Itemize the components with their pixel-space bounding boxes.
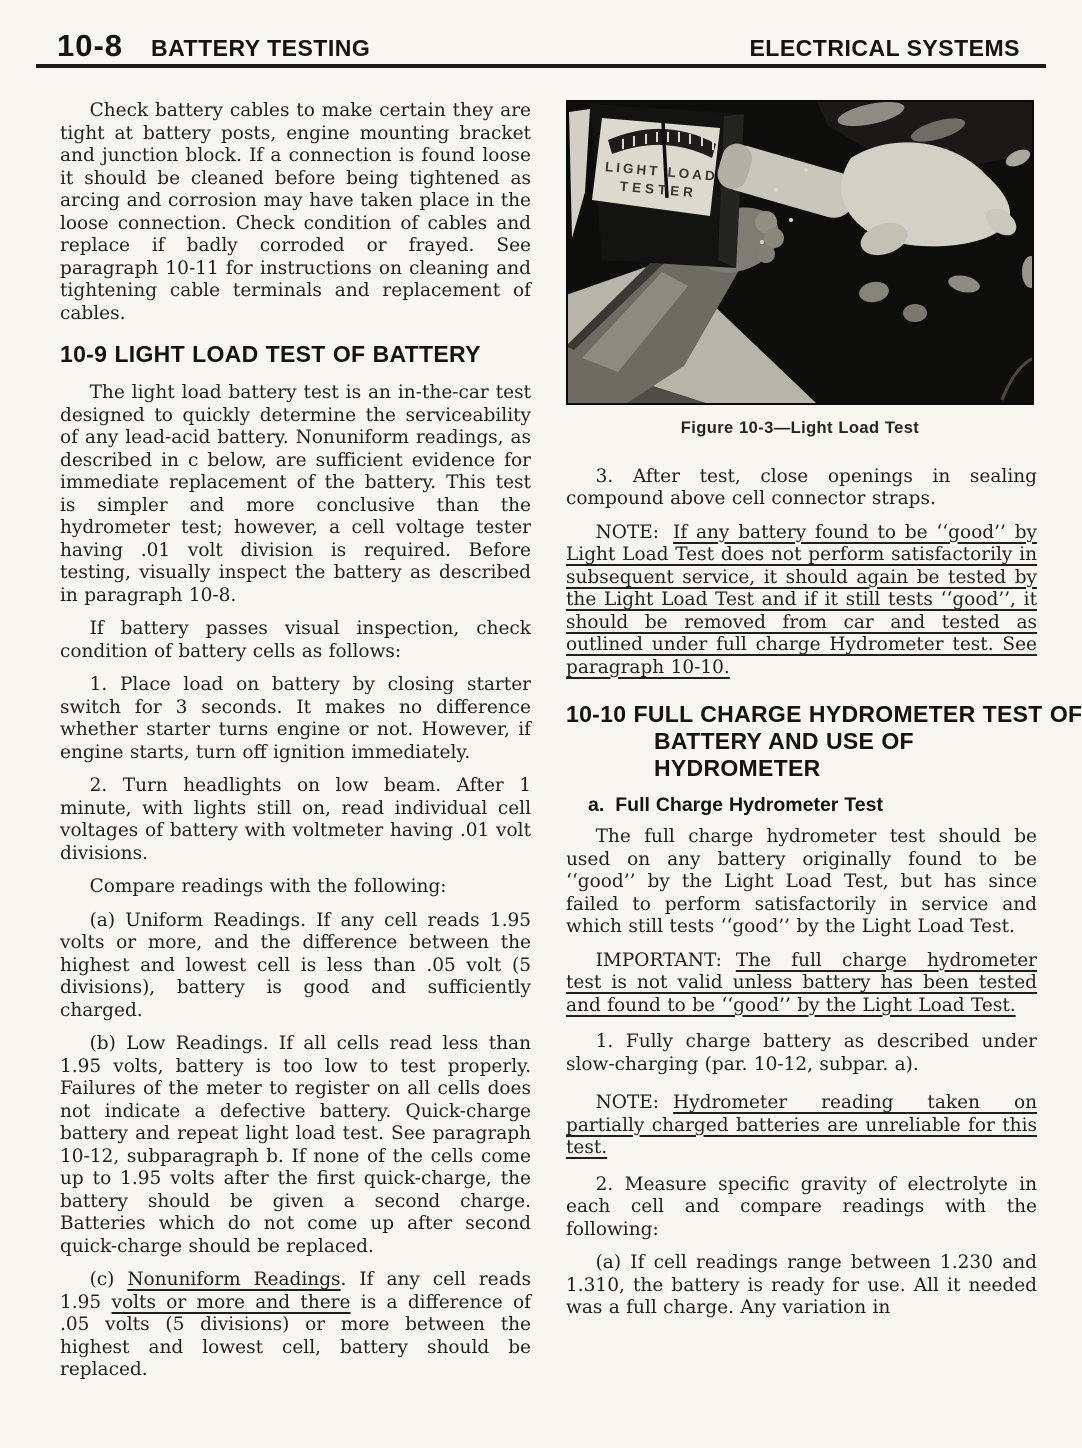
subsection-a-label: a. bbox=[588, 794, 604, 816]
page-number: 10-8 bbox=[57, 28, 123, 64]
note-body: If any battery found to be ‘‘good’’ by L… bbox=[566, 522, 1037, 678]
note-light-load-retest: NOTE:If any battery found to be ‘‘good’’… bbox=[566, 522, 1037, 680]
left-column: Check battery cables to make certain the… bbox=[60, 100, 531, 1393]
header-section-title: BATTERY TESTING bbox=[151, 35, 370, 62]
section-heading-10-9: 10-9 LIGHT LOAD TEST OF BATTERY bbox=[60, 341, 531, 368]
header-left-group: 10-8 BATTERY TESTING bbox=[57, 28, 370, 64]
subsection-a-title: Full Charge Hydrometer Test bbox=[615, 794, 883, 816]
paragraph-light-load-intro: The light load battery test is an in-the… bbox=[60, 382, 531, 607]
step-1-fully-charge: 1. Fully charge battery as described und… bbox=[566, 1031, 1037, 1076]
item-b-low-readings: (b) Low Readings. If all cells read less… bbox=[60, 1033, 531, 1258]
header-chapter-title: ELECTRICAL SYSTEMS bbox=[749, 35, 1020, 62]
figure-caption: Figure 10-3—Light Load Test bbox=[566, 417, 1034, 440]
section-10-10-title: FULL CHARGE HYDROMETER TEST OF BATTERY A… bbox=[634, 701, 1082, 781]
step-2-turn-headlights: 2. Turn headlights on low beam. After 1 … bbox=[60, 775, 531, 865]
header-rule bbox=[36, 64, 1046, 68]
step-2-measure-gravity: 2. Measure specific gravity of electroly… bbox=[566, 1174, 1037, 1242]
manual-page: 10-8 BATTERY TESTING ELECTRICAL SYSTEMS … bbox=[0, 0, 1082, 1448]
step-1-place-load: 1. Place load on battery by closing star… bbox=[60, 674, 531, 764]
note-2-label: NOTE: bbox=[596, 1092, 659, 1113]
item-c-prefix: (c) bbox=[90, 1269, 128, 1290]
subsection-a-heading: a.Full Charge Hydrometer Test bbox=[566, 794, 1037, 816]
item-a-uniform-readings: (a) Uniform Readings. If any cell reads … bbox=[60, 910, 531, 1023]
figure-10-3: LIGHT LOAD TESTER bbox=[566, 100, 1034, 440]
paragraph-compare-readings: Compare readings with the following: bbox=[60, 876, 531, 899]
step-3-after-test: 3. After test, close openings in sealing… bbox=[566, 466, 1037, 511]
page-header: 10-8 BATTERY TESTING ELECTRICAL SYSTEMS bbox=[57, 28, 1020, 64]
item-c-underlined-phrase: volts or more and there bbox=[112, 1292, 351, 1313]
section-10-10-number: 10-10 bbox=[566, 701, 626, 727]
note-label: NOTE: bbox=[596, 522, 659, 543]
paragraph-check-cables: Check battery cables to make certain the… bbox=[60, 100, 531, 325]
section-10-9-number: 10-9 bbox=[60, 341, 107, 367]
right-column: LIGHT LOAD TESTER bbox=[566, 100, 1037, 1331]
section-heading-10-10: 10-10 FULL CHARGE HYDROMETER TEST OF BAT… bbox=[566, 701, 1082, 782]
paragraph-full-charge-intro: The full charge hydrometer test should b… bbox=[566, 826, 1037, 939]
light-load-tester-meter: LIGHT LOAD TESTER bbox=[590, 104, 744, 268]
item-c-nonuniform-readings: (c) Nonuniform Readings. If any cell rea… bbox=[60, 1269, 531, 1382]
section-10-9-title: LIGHT LOAD TEST OF BATTERY bbox=[114, 341, 480, 367]
light-load-test-photo: LIGHT LOAD TESTER bbox=[566, 100, 1034, 405]
important-label: IMPORTANT: bbox=[596, 950, 722, 971]
item-c-underlined-heading: Nonuniform Readings bbox=[127, 1269, 340, 1290]
note-hydrometer-partial: NOTE:Hydrometer reading taken on partial… bbox=[566, 1092, 1037, 1160]
paragraph-if-battery-passes: If battery passes visual inspection, che… bbox=[60, 618, 531, 663]
important-note: IMPORTANT:The full charge hydrometer tes… bbox=[566, 950, 1037, 1018]
item-a-cell-readings: (a) If cell readings range between 1.230… bbox=[566, 1252, 1037, 1320]
